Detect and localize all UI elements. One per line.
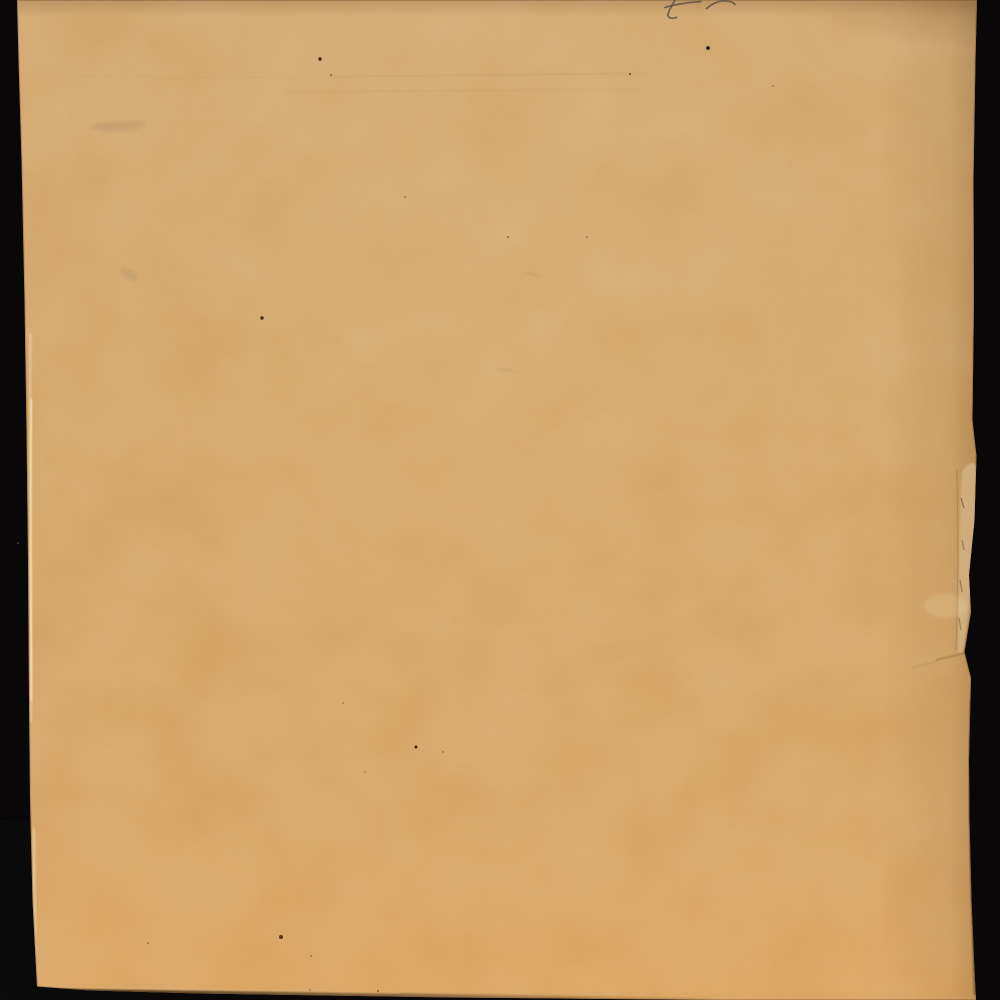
scan-image xyxy=(0,0,1000,1000)
foxing-speck xyxy=(342,702,344,704)
foxing-speck xyxy=(330,74,332,76)
foxing-speck xyxy=(364,771,366,773)
left-edge-highlight-bright xyxy=(30,400,32,700)
foxing-speck xyxy=(507,236,509,238)
foxing-speck xyxy=(415,746,418,749)
dust-speck xyxy=(17,542,19,544)
foxing-speck xyxy=(706,46,710,50)
foxing-speck xyxy=(629,73,631,75)
margin-dust xyxy=(17,542,19,544)
foxing-speck xyxy=(309,989,311,991)
foxing-speck xyxy=(279,935,283,939)
scanned-document xyxy=(0,0,1000,1000)
paper-sheet xyxy=(0,0,1000,1000)
foxing-speck xyxy=(586,236,588,238)
foxing-speck xyxy=(147,942,149,944)
foxing-speck xyxy=(318,57,321,60)
foxing-speck xyxy=(442,751,444,753)
foxing-speck xyxy=(310,955,312,957)
center-light-tone xyxy=(0,0,1000,1000)
foxing-speck xyxy=(404,196,406,198)
foxing-speck xyxy=(772,85,774,87)
foxing-speck xyxy=(260,316,263,319)
foxing-speck xyxy=(377,990,379,992)
right-side-light-patch xyxy=(924,594,968,618)
